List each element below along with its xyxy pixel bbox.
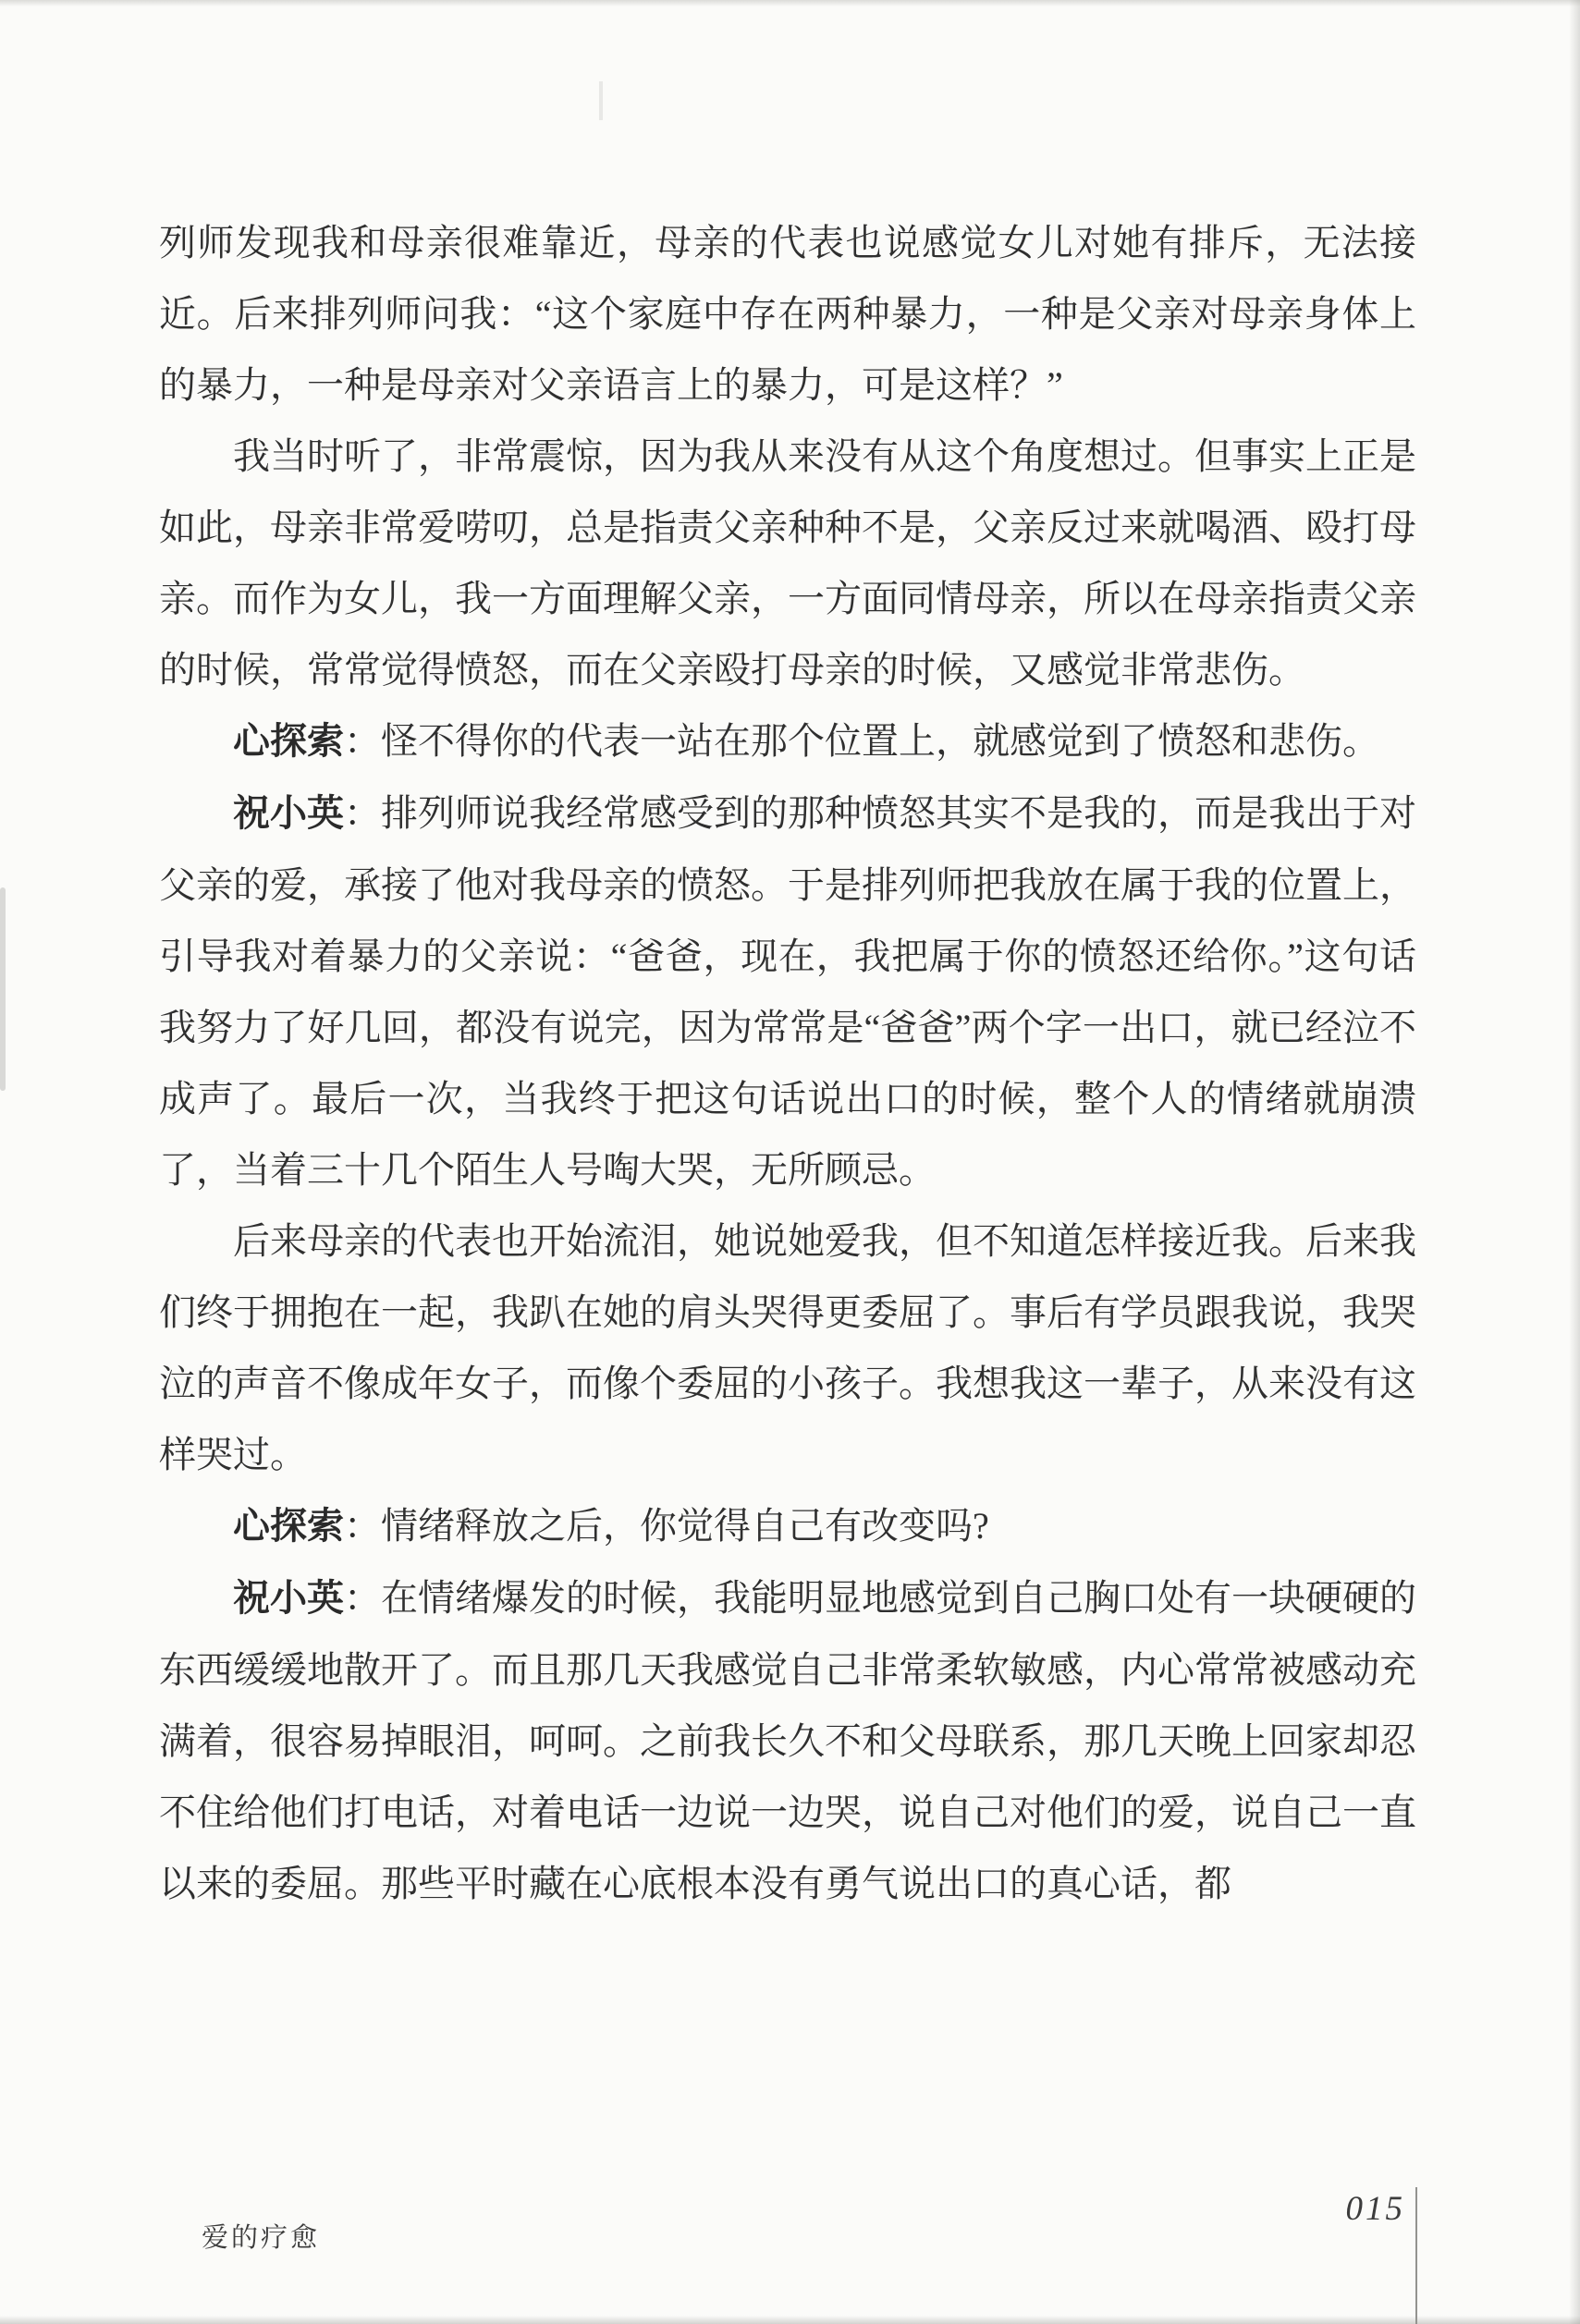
scan-artifact-bottom-edge: [0, 2316, 1580, 2324]
scan-artifact-top-edge: [0, 0, 1580, 6]
scan-artifact-fold-line: [1415, 2187, 1417, 2324]
dialogue-text: 在情绪爆发的时候，我能明显地感觉到自己胸口处有一块硬硬的东西缓缓地散开了。而且那…: [159, 1577, 1416, 1904]
paragraph-narration: 我当时听了，非常震惊，因为我从来没有从这个角度想过。但事实上正是如此，母亲非常爱…: [159, 421, 1416, 705]
dialogue-text: 怪不得你的代表一站在那个位置上，就感觉到了愤怒和悲伤。: [381, 720, 1379, 762]
speaker-label: 祝小英: [233, 793, 344, 834]
dialogue-paragraph-interviewee: 祝小英：在情绪爆发的时候，我能明显地感觉到自己胸口处有一块硬硬的东西缓缓地散开了…: [159, 1562, 1416, 1919]
speaker-label: 心探索: [233, 721, 344, 762]
speaker-label: 心探索: [233, 1506, 344, 1547]
body-text: 列师发现我和母亲很难靠近，母亲的代表也说感觉女儿对她有排斥，无法接近。后来排列师…: [159, 207, 1416, 1919]
dialogue-paragraph-interviewer: 心探索：情绪释放之后，你觉得自己有改变吗?: [159, 1490, 1416, 1562]
speaker-colon: ：: [344, 721, 381, 762]
paragraph-continuation: 列师发现我和母亲很难靠近，母亲的代表也说感觉女儿对她有排斥，无法接近。后来排列师…: [159, 207, 1416, 421]
dialogue-paragraph-interviewer: 心探索：怪不得你的代表一站在那个位置上，就感觉到了愤怒和悲伤。: [159, 705, 1416, 777]
speaker-label: 祝小英: [233, 1578, 344, 1619]
paragraph-narration: 后来母亲的代表也开始流泪，她说她爱我，但不知道怎样接近我。后来我们终于拥抱在一起…: [159, 1205, 1416, 1490]
scan-artifact-smudge: [0, 887, 6, 1091]
footer-page-number: 015: [1322, 2189, 1405, 2229]
dialogue-paragraph-interviewee: 祝小英：排列师说我经常感受到的那种愤怒其实不是我的，而是我出于对父亲的爱，承接了…: [159, 777, 1416, 1205]
speaker-colon: ：: [344, 1506, 381, 1547]
speaker-colon: ：: [344, 1578, 381, 1619]
scanned-book-page: 列师发现我和母亲很难靠近，母亲的代表也说感觉女儿对她有排斥，无法接近。后来排列师…: [0, 0, 1580, 2324]
dialogue-text: 情绪释放之后，你觉得自己有改变吗?: [381, 1505, 989, 1547]
footer-book-title: 爱的疗愈: [202, 2217, 320, 2255]
speaker-colon: ：: [344, 793, 381, 834]
scan-artifact-right-edge: [1569, 0, 1580, 2324]
scan-artifact-smudge: [599, 81, 603, 120]
dialogue-text: 排列师说我经常感受到的那种愤怒其实不是我的，而是我出于对父亲的爱，承接了他对我母…: [159, 792, 1416, 1191]
